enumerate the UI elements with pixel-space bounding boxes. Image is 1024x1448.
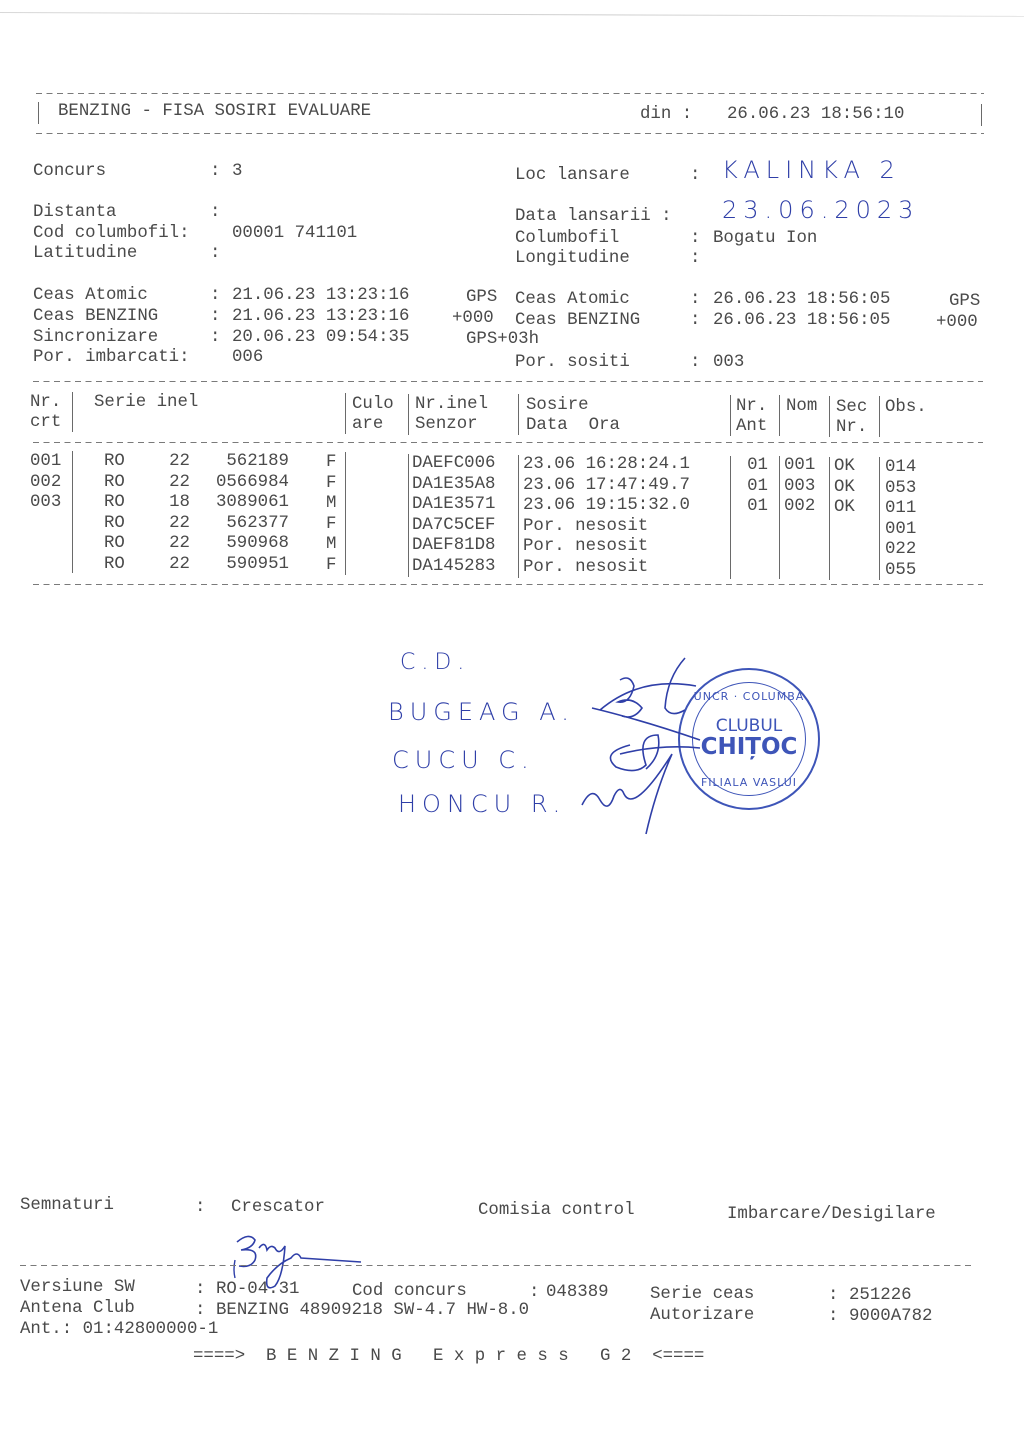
th-sec-1: Sec	[836, 397, 867, 418]
ceas-benzing-start-label: Ceas BENZING	[33, 306, 158, 327]
concurs-value: 3	[232, 161, 242, 182]
cell-sex: F	[326, 514, 336, 535]
header-top-rule	[36, 93, 984, 94]
antena-club-label: Antena Club	[20, 1298, 135, 1319]
data-lansarii-label: Data lansarii :	[515, 206, 672, 227]
cell-sex: F	[326, 473, 336, 494]
latitudine-colon: :	[210, 243, 220, 264]
cell-obs: 053	[885, 478, 916, 499]
data-lansarii-handwritten: 23.06.2023	[722, 196, 919, 224]
cod-columbofil-value: 00001 741101	[232, 223, 357, 244]
cell-nr: 001	[30, 451, 61, 472]
cell-country: RO	[104, 513, 125, 534]
cell-nom: 001	[784, 455, 815, 476]
cod-columbofil-label: Cod columbofil:	[33, 223, 190, 244]
cell-senzor: DA7C5CEF	[412, 515, 496, 536]
col-divider	[879, 457, 880, 580]
versiune-sw-label: Versiune SW	[20, 1277, 135, 1298]
table-bottom-rule	[33, 584, 983, 585]
autorizare-value: 9000A782	[849, 1306, 933, 1327]
th-nr-inel-2: Senzor	[415, 414, 478, 435]
cell-ring: 562189	[226, 451, 289, 472]
cell-obs: 001	[885, 519, 916, 540]
cell-year: 22	[169, 513, 190, 534]
cell-sosire: 23.06 19:15:32.0	[523, 495, 690, 516]
longitudine-colon: :	[690, 248, 700, 269]
col-divider	[518, 455, 519, 578]
col-divider	[779, 395, 780, 436]
cell-ring: 0566984	[216, 472, 289, 493]
colon: :	[828, 1285, 838, 1306]
distanta-colon: :	[210, 202, 220, 223]
th-nr-ant-2: Ant	[736, 416, 767, 437]
por-sositi-value: 003	[713, 352, 744, 373]
cell-sex: M	[326, 493, 336, 514]
colon: :	[690, 289, 700, 310]
handwritten-bugeag: BUGEAG A.	[388, 698, 575, 726]
document-title: BENZING - FISA SOSIRI EVALUARE	[58, 101, 371, 122]
cell-obs: 011	[885, 498, 916, 519]
cell-senzor: DA1E3571	[412, 494, 496, 515]
th-serie-inel: Serie inel	[94, 392, 198, 413]
cell-sosire: 23.06 16:28:24.1	[523, 454, 690, 475]
handwritten-honcu: HONCU R.	[398, 790, 566, 818]
col-divider	[408, 454, 409, 577]
cell-sex: F	[326, 555, 336, 576]
cell-senzor: DA145283	[412, 556, 496, 577]
cell-obs: 014	[885, 457, 916, 478]
ceas-benzing-end-label: Ceas BENZING	[515, 310, 640, 331]
sincronizare-label: Sincronizare	[33, 327, 158, 348]
handwritten-cd: C.D.	[400, 650, 470, 675]
colon: :	[195, 1300, 205, 1321]
stamp-top-text: UNCR · COLUMBA	[680, 690, 818, 703]
cod-concurs-label: Cod concurs	[352, 1281, 467, 1302]
cell-ring: 562377	[226, 513, 289, 534]
cell-year: 22	[169, 533, 190, 554]
cell-sec: OK	[834, 497, 855, 518]
th-obs: Obs.	[885, 397, 927, 418]
cell-sec: OK	[834, 477, 855, 498]
th-culoare-1: Culo	[352, 394, 394, 415]
concurs-colon: :	[210, 161, 220, 182]
sincronizare-suffix: GPS+03h	[466, 329, 539, 350]
serie-ceas-label: Serie ceas	[650, 1284, 754, 1305]
th-nr-crt-1: Nr.	[30, 392, 61, 413]
columbofil-colon: :	[690, 228, 700, 249]
loc-lansare-handwritten: KALINKA 2	[722, 156, 901, 184]
imbarcare-desigilare-label: Imbarcare/Desigilare	[727, 1204, 936, 1225]
serie-ceas-value: 251226	[849, 1285, 912, 1306]
th-nr-ant-1: Nr.	[736, 396, 767, 417]
cell-ant: 01	[747, 476, 768, 497]
cell-obs: 055	[885, 560, 916, 581]
semnaturi-colon: :	[195, 1197, 205, 1218]
cell-nom: 003	[784, 476, 815, 497]
table-top-rule	[33, 381, 983, 382]
col-divider	[345, 393, 346, 434]
cell-obs: 022	[885, 539, 916, 560]
cell-sosire: Por. nesosit	[523, 536, 648, 557]
colon: :	[210, 327, 220, 348]
cell-sex: F	[326, 452, 336, 473]
table-header-rule	[33, 442, 983, 443]
cell-nom: 002	[784, 496, 815, 517]
cell-country: RO	[104, 533, 125, 554]
cell-ring: 590968	[226, 533, 289, 554]
din-value: 26.06.23 18:56:10	[727, 104, 904, 125]
cell-nr: 002	[30, 472, 61, 493]
col-divider	[345, 452, 346, 575]
th-nr-inel-1: Nr.inel	[415, 394, 488, 415]
ceas-benzing-end-value: 26.06.23 18:56:05	[713, 310, 890, 331]
col-divider	[730, 395, 731, 436]
cell-year: 22	[169, 451, 190, 472]
ceas-atomic-end-value: 26.06.23 18:56:05	[713, 289, 890, 310]
benzing-express-banner: ====> B E N Z I N G E x p r e s s G 2 <=…	[193, 1346, 704, 1367]
distanta-label: Distanta	[33, 202, 117, 223]
por-imbarcati-value: 006	[232, 347, 263, 368]
comisia-control-label: Comisia control	[478, 1200, 635, 1221]
colon: :	[690, 352, 700, 373]
col-divider	[72, 392, 73, 432]
col-divider	[779, 456, 780, 579]
header-right-bar	[981, 104, 982, 126]
ceas-benzing-end-suffix: +000	[936, 312, 978, 333]
th-sosire-1: Sosire	[526, 395, 589, 416]
commission-signatures-ink	[590, 650, 700, 840]
latitudine-label: Latitudine	[33, 243, 137, 264]
din-label: din :	[640, 104, 692, 125]
stamp-line2: CHIȚOC	[680, 734, 818, 760]
cell-ring: 3089061	[216, 492, 289, 513]
ceas-atomic-end-label: Ceas Atomic	[515, 289, 630, 310]
cell-sosire: 23.06 17:47:49.7	[523, 475, 690, 496]
cell-sosire: Por. nesosit	[523, 516, 648, 537]
header-bottom-rule	[36, 133, 984, 134]
cell-year: 22	[169, 554, 190, 575]
antena-club-value: BENZING 48909218 SW-4.7 HW-8.0	[216, 1300, 529, 1321]
col-divider	[730, 456, 731, 579]
stamp-line1: CLUBUL	[680, 716, 818, 736]
columbofil-value: Bogatu Ion	[713, 228, 817, 249]
semnaturi-label: Semnaturi	[20, 1195, 114, 1216]
col-divider	[879, 396, 880, 437]
col-divider	[72, 451, 73, 573]
cell-year: 22	[169, 472, 190, 493]
loc-lansare-colon: :	[690, 165, 700, 186]
handwritten-cucu: CUCU C.	[392, 746, 535, 774]
crescator-label: Crescator	[231, 1197, 325, 1218]
cell-ring: 590951	[226, 554, 289, 575]
cell-country: RO	[104, 492, 125, 513]
cell-senzor: DAEFC006	[412, 453, 496, 474]
header-left-bar	[38, 102, 39, 124]
cell-senzor: DA1E35A8	[412, 474, 496, 495]
columbofil-label: Columbofil	[515, 228, 619, 249]
footer-top-rule	[20, 1265, 972, 1266]
stamp-bottom-text: FILIALA VASLUI	[680, 776, 818, 789]
col-divider	[829, 396, 830, 437]
cell-nr: 003	[30, 492, 61, 513]
colon: :	[195, 1279, 205, 1300]
scan-edge-line	[0, 12, 1024, 17]
cell-sosire: Por. nesosit	[523, 557, 648, 578]
autorizare-label: Autorizare	[650, 1305, 754, 1326]
colon: :	[828, 1306, 838, 1327]
colon: :	[529, 1282, 539, 1303]
col-divider	[518, 394, 519, 435]
ceas-benzing-start-value: 21.06.23 13:23:16	[232, 306, 409, 327]
ant-line: Ant.: 01:42800000-1	[20, 1319, 218, 1340]
th-culoare-2: are	[352, 414, 383, 435]
cell-country: RO	[104, 451, 125, 472]
ceas-atomic-start-label: Ceas Atomic	[33, 285, 148, 306]
cell-sec: OK	[834, 456, 855, 477]
col-divider	[829, 457, 830, 580]
th-nr-crt-2: crt	[30, 412, 61, 433]
ceas-atomic-end-suffix: GPS	[949, 291, 980, 312]
ceas-atomic-start-value: 21.06.23 13:23:16	[232, 285, 409, 306]
cell-country: RO	[104, 554, 125, 575]
por-sositi-label: Por. sositi	[515, 352, 630, 373]
cod-concurs-value: 048389	[546, 1282, 609, 1303]
colon: :	[690, 310, 700, 331]
longitudine-label: Longitudine	[515, 248, 630, 269]
th-sec-2: Nr.	[836, 417, 867, 438]
th-nom: Nom	[786, 396, 817, 417]
sincronizare-value: 20.06.23 09:54:35	[232, 327, 409, 348]
colon: :	[210, 285, 220, 306]
cell-year: 18	[169, 492, 190, 513]
ceas-benzing-start-suffix: +000	[452, 308, 494, 329]
col-divider	[408, 394, 409, 435]
colon: :	[210, 306, 220, 327]
cell-senzor: DAEF81D8	[412, 535, 496, 556]
ceas-atomic-start-suffix: GPS	[466, 287, 497, 308]
por-imbarcati-label: Por. imbarcati:	[33, 347, 190, 368]
concurs-label: Concurs	[33, 161, 106, 182]
versiune-sw-value: RO-04.31	[216, 1279, 300, 1300]
loc-lansare-label: Loc lansare	[515, 165, 630, 186]
cell-country: RO	[104, 472, 125, 493]
cell-sex: M	[326, 534, 336, 555]
cell-ant: 01	[747, 496, 768, 517]
cell-ant: 01	[747, 455, 768, 476]
th-sosire-2: Data Ora	[526, 415, 620, 436]
